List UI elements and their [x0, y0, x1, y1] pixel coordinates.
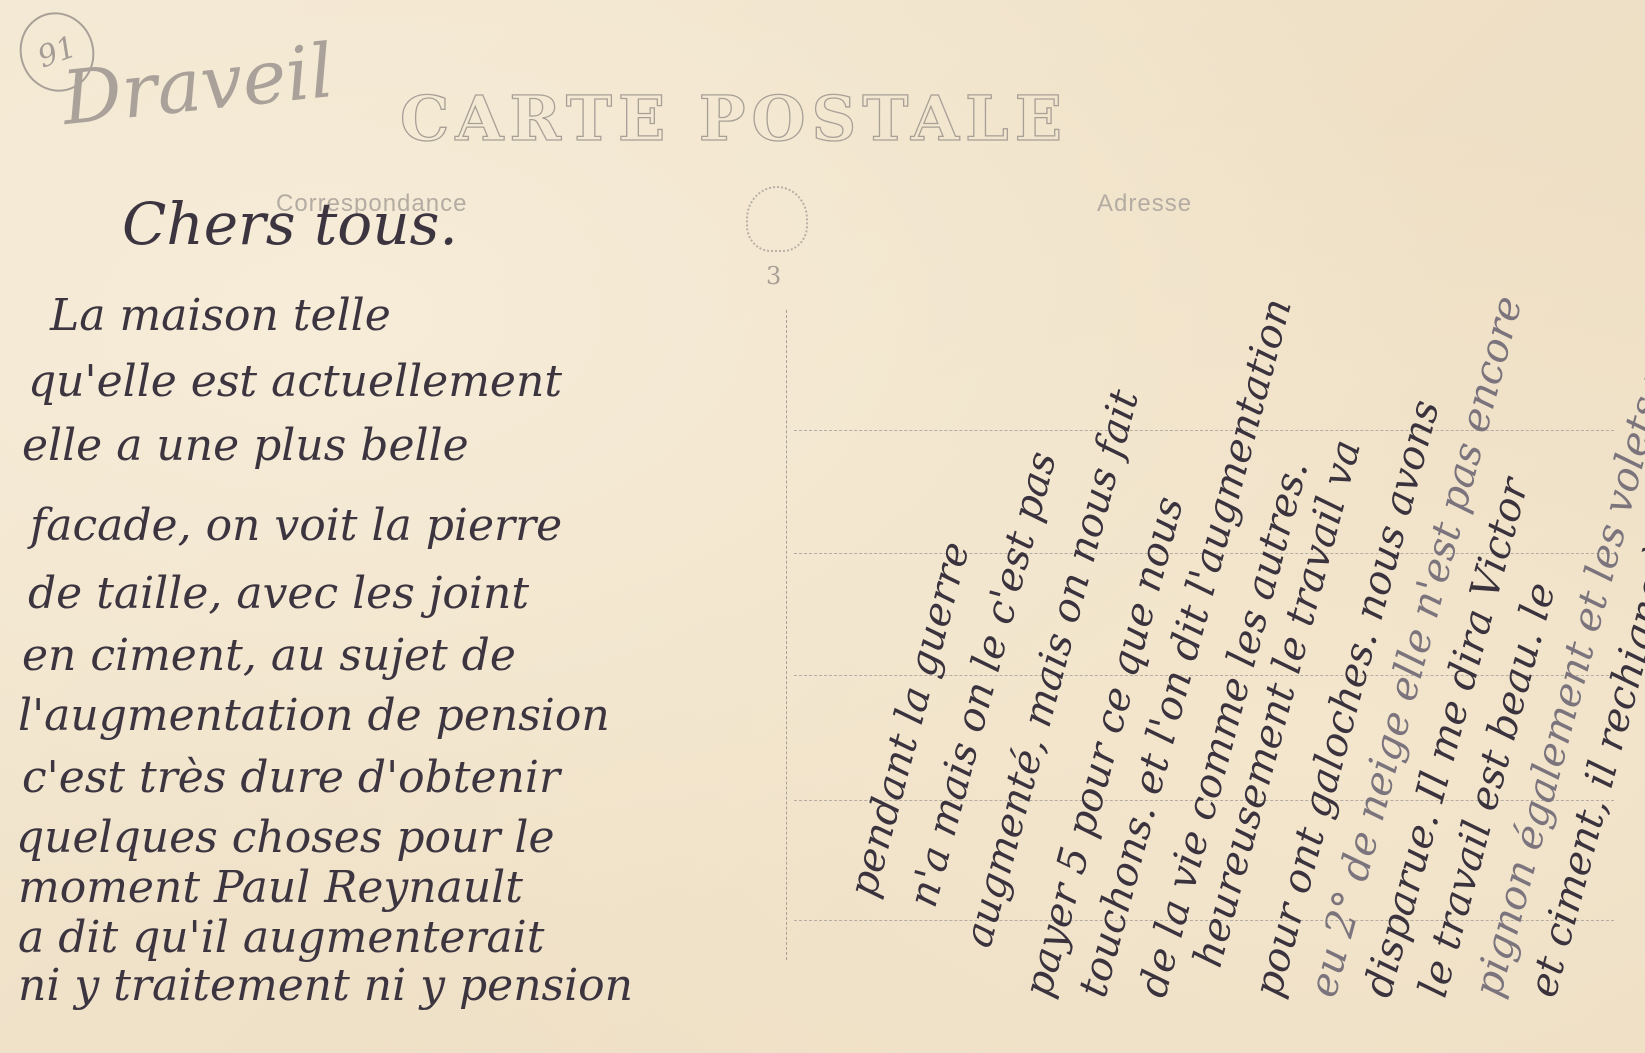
postcard-back: CARTE POSTALE Correspondance Adresse 3 9…	[0, 0, 1645, 1053]
stamp-number: 3	[766, 262, 781, 290]
center-divider	[786, 310, 787, 960]
message-line: de taille, avec les joint	[28, 568, 529, 619]
message-line: a dit qu'il augmenterait	[18, 912, 544, 963]
place-name-pencil: Draveil	[58, 28, 337, 142]
message-line: c'est très dure d'obtenir	[22, 752, 560, 803]
printed-title: CARTE POSTALE	[400, 82, 1068, 155]
message-line: moment Paul Reynault	[18, 862, 523, 913]
message-line: l'augmentation de pension	[18, 690, 610, 741]
message-line: elle a une plus belle	[22, 420, 469, 471]
message-line: La maison telle	[50, 290, 391, 341]
salutation: Chers tous.	[122, 190, 458, 258]
message-line: qu'elle est actuellement	[28, 356, 562, 407]
message-line: en ciment, au sujet de	[22, 630, 516, 681]
message-line: ni y traitement ni y pension	[18, 960, 633, 1011]
message-line: facade, on voit la pierre	[30, 500, 562, 551]
message-line: quelques choses pour le	[16, 812, 555, 863]
address-label: Adresse	[1097, 190, 1192, 218]
stamp-head-icon	[746, 186, 808, 252]
